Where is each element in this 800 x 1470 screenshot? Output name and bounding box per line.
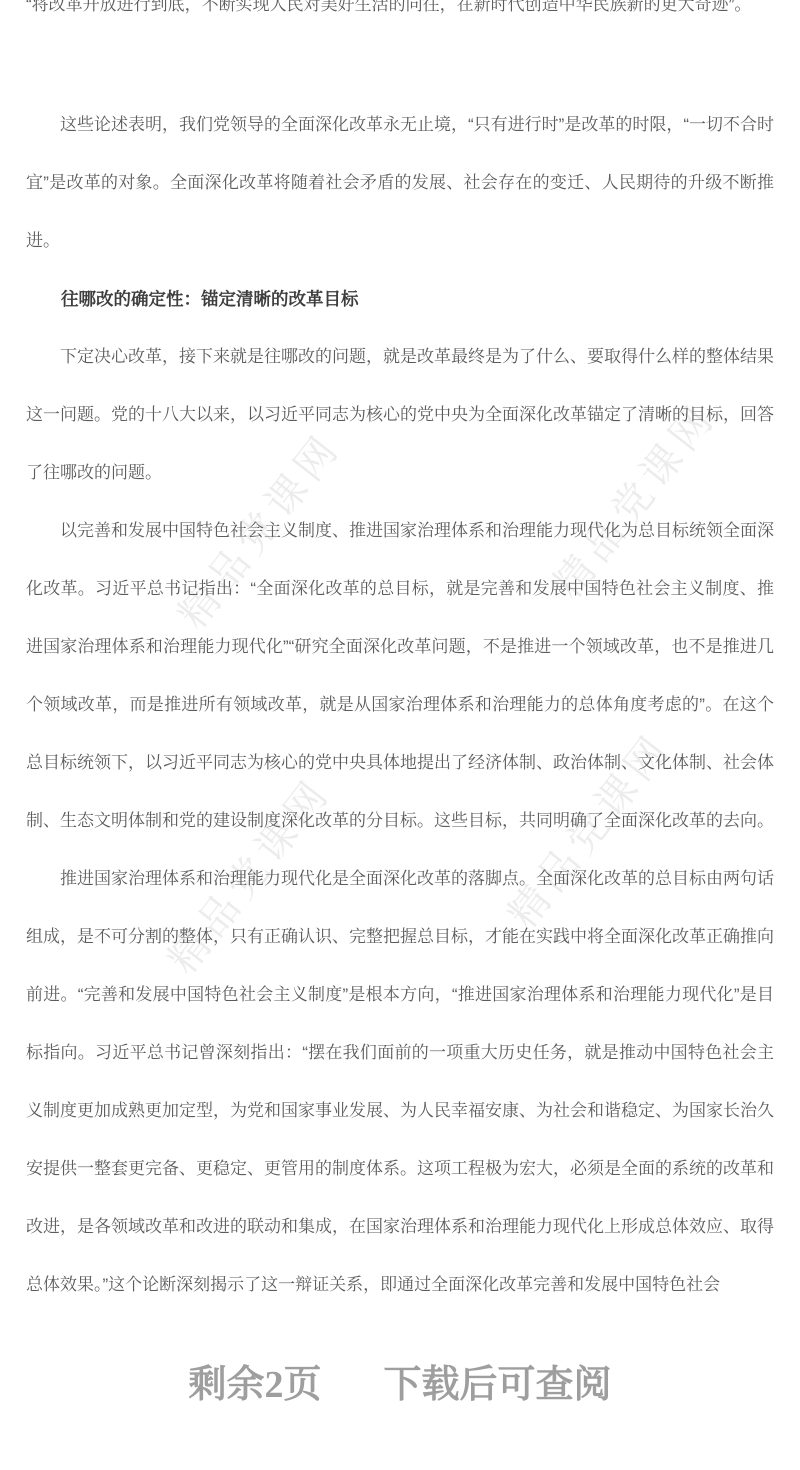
paragraph-where-to-reform: 下定决心改革，接下来就是往哪改的问题，就是改革最终是为了什么、要取得什么样的整体… bbox=[26, 328, 774, 502]
document-preview-page: 精品党课网 精品党课网 精品党课网 精品党课网 “将改革开放进行到底，不断实现人… bbox=[0, 0, 800, 1470]
section-heading-reform-goal: 往哪改的确定性：锚定清晰的改革目标 bbox=[26, 270, 774, 328]
download-hint-label: 下载后可查阅 bbox=[384, 1362, 612, 1408]
paragraph-overall-goal: 以完善和发展中国特色社会主义制度、推进国家治理体系和治理能力现代化为总目标统领全… bbox=[26, 502, 774, 850]
remaining-pages-label: 剩余2页 bbox=[188, 1362, 321, 1408]
paragraph-governance-modernization: 推进国家治理体系和治理能力现代化是全面深化改革的落脚点。全面深化改革的总目标由两… bbox=[26, 850, 774, 1314]
paragraph-reform-never-ends: 这些论述表明，我们党领导的全面深化改革永无止境，“只有进行时”是改革的时限，“一… bbox=[26, 96, 774, 270]
document-body: “将改革开放进行到底，不断实现人民对美好生活的向往，在新时代创造中华民族新的更大… bbox=[26, 0, 774, 1332]
preview-footer: 剩余2页 下载后可查阅 bbox=[0, 1362, 800, 1408]
clipped-top-quote-line: “将改革开放进行到底，不断实现人民对美好生活的向往，在新时代创造中华民族新的更大… bbox=[26, 0, 774, 34]
